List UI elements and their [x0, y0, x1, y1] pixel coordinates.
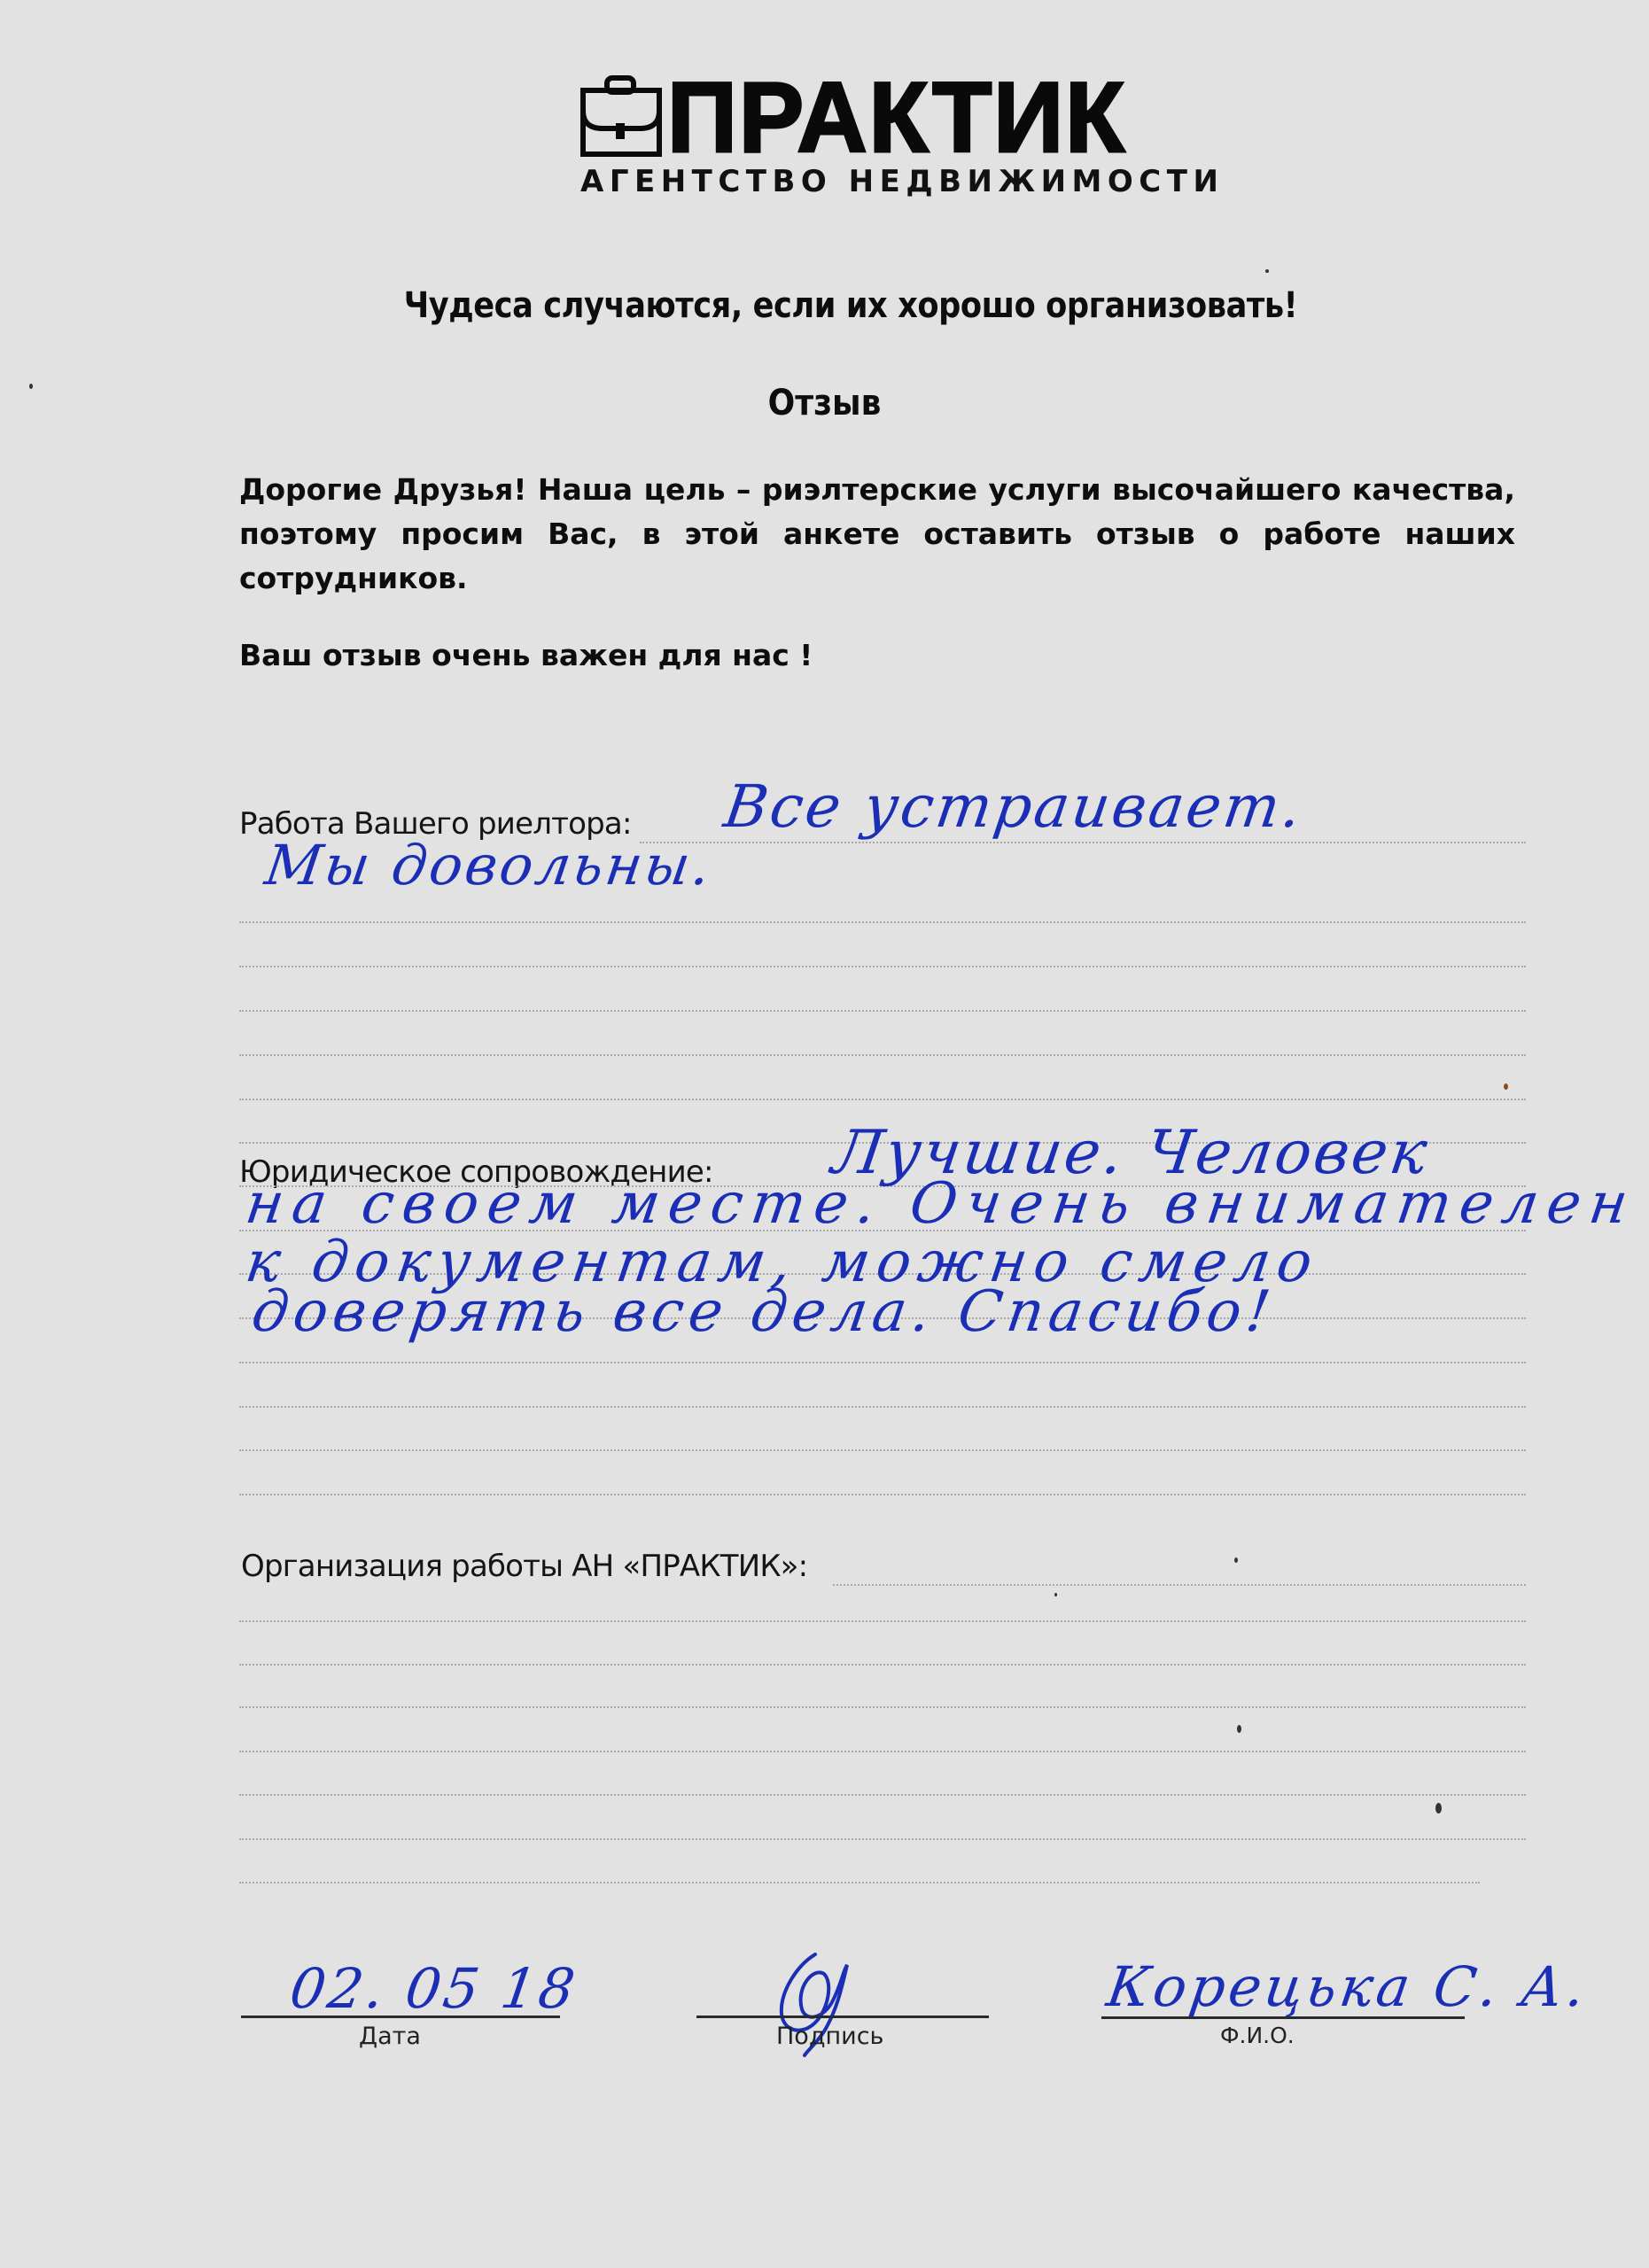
agency-logo: ПРАКТИК АГЕНТСТВО НЕДВИЖИМОСТИ [580, 66, 1174, 199]
date-value: 02. 05 18 [286, 1956, 581, 2021]
answer-line[interactable] [239, 1406, 1526, 1408]
signature-label: Подпись [776, 2023, 883, 2050]
intro-line: Дорогие Друзья! Наша цель – риэлтерские … [239, 468, 1515, 512]
scan-speck [1265, 269, 1269, 273]
handwritten-answer: Все устраивает. [720, 773, 1309, 841]
answer-line[interactable] [239, 1099, 1526, 1100]
answer-line[interactable] [239, 1751, 1526, 1752]
scan-speck [29, 384, 33, 389]
logo-wordmark: ПРАКТИК [667, 79, 1126, 157]
intro-paragraph: Дорогие Друзья! Наша цель – риэлтерские … [239, 468, 1515, 601]
briefcase-icon [580, 75, 662, 157]
intro-line: поэтому просим Вас, в этой анкете остави… [239, 512, 1515, 556]
scan-speck [1237, 1725, 1241, 1733]
answer-line[interactable] [239, 966, 1526, 967]
answer-line[interactable] [239, 1664, 1526, 1666]
answer-line[interactable] [239, 1362, 1526, 1363]
scan-speck [1435, 1803, 1442, 1814]
answer-line[interactable] [239, 1010, 1526, 1012]
name-value: Корецька С. А. [1103, 1954, 1592, 2019]
scan-speck [1504, 1084, 1508, 1090]
answer-line[interactable] [239, 1882, 1480, 1884]
important-note: Ваш отзыв очень важен для нас ! [239, 638, 813, 672]
handwritten-answer: на своем месте. Очень внимателен [242, 1171, 1641, 1237]
date-label: Дата [359, 2023, 421, 2050]
slogan: Чудеса случаются, если их хорошо организ… [305, 285, 1396, 326]
date-line[interactable] [241, 2016, 560, 2018]
answer-line[interactable] [239, 1620, 1526, 1622]
scan-speck [1054, 1593, 1057, 1596]
handwritten-answer: Мы довольны. [261, 833, 717, 897]
name-line[interactable] [1101, 2016, 1465, 2019]
intro-line: сотрудников. [239, 556, 1515, 601]
answer-line[interactable] [239, 1054, 1526, 1056]
handwritten-answer: доверять все дела. Спасибо! [248, 1279, 1280, 1345]
answer-line[interactable] [833, 1584, 1526, 1586]
field-label-organization: Организация работы АН «ПРАКТИК»: [241, 1549, 807, 1584]
answer-line[interactable] [239, 1494, 1526, 1495]
answer-line[interactable] [239, 1838, 1526, 1840]
answer-line[interactable] [239, 1706, 1526, 1708]
answer-line[interactable] [239, 1794, 1526, 1796]
name-label: Ф.И.О. [1220, 2023, 1295, 2048]
answer-line[interactable] [239, 1449, 1526, 1451]
logo-subtitle: АГЕНТСТВО НЕДВИЖИМОСТИ [580, 164, 1224, 199]
answer-line[interactable] [239, 921, 1526, 923]
signature-line[interactable] [696, 2016, 989, 2018]
page-title: Отзыв [82, 383, 1567, 423]
scan-speck [1234, 1557, 1238, 1563]
answer-line[interactable] [640, 842, 1526, 843]
